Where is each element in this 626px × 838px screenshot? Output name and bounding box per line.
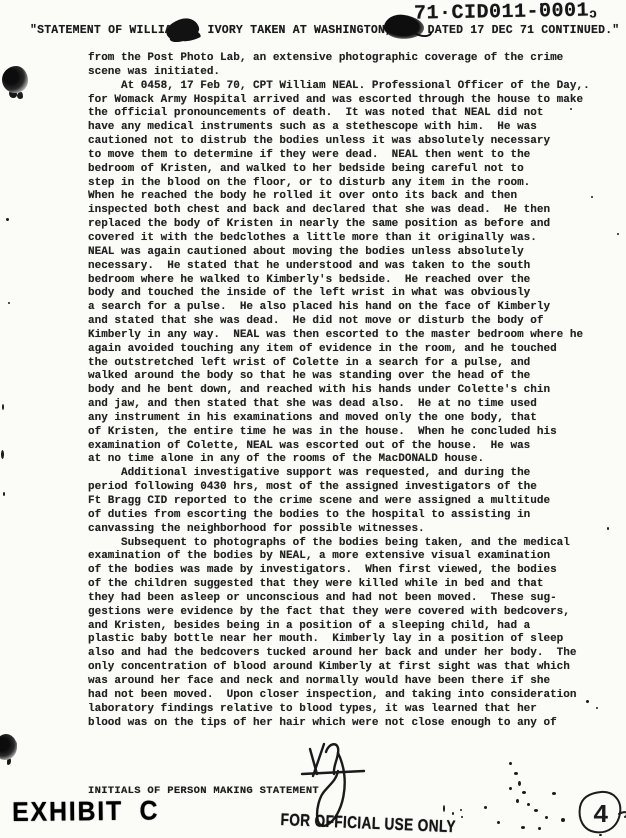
text-line: walked around the body so that he was st… (88, 370, 590, 384)
text-line: At 0458, 17 Feb 70, CPT William NEAL. Pr… (88, 80, 590, 94)
ink-speck (514, 772, 518, 775)
ink-speck (443, 805, 445, 812)
ink-speck (452, 812, 454, 815)
text-line: canvassing the neighborhood for possible… (88, 523, 590, 537)
ink-speck (534, 809, 538, 812)
ink-speck (516, 799, 519, 803)
text-line: any instrument in his examinations and m… (88, 412, 590, 426)
ink-speck (527, 803, 530, 806)
ink-speck (497, 821, 500, 824)
page-number-text: 4 (593, 800, 609, 830)
doc-number-suffix: ɔ (589, 6, 598, 21)
text-line: the outstretched left wrist of Colette i… (88, 357, 590, 371)
text-line: laboratory findings relative to blood ty… (88, 703, 590, 717)
statement-title: "STATEMENT OF WILLIAM F. IVORY TAKEN AT … (30, 24, 619, 37)
ink-speck (586, 700, 589, 703)
circled-page-number: 4 (575, 789, 626, 837)
ink-speck (570, 108, 572, 110)
text-line: also and had the bedcovers tucked around… (88, 647, 590, 661)
text-line: again avoided touching any item of evide… (88, 343, 590, 357)
exhibit-word: EXHIBIT (12, 796, 123, 827)
text-line: When he reached the body he rolled it ov… (88, 190, 590, 204)
ink-speck (484, 806, 487, 809)
ink-speck (596, 707, 598, 709)
text-line: for Womack Army Hospital arrived and was… (88, 94, 590, 108)
text-line: and Kristen, besides being in a position… (88, 620, 590, 634)
ink-speck (8, 302, 10, 304)
ink-blot (164, 16, 201, 43)
ink-speck (552, 792, 556, 795)
text-line: replaced the body of Kristen in nearly t… (88, 218, 590, 232)
exhibit-stamp: EXHIBITC (12, 795, 160, 828)
text-line: had not been moved. Upon closer inspecti… (88, 689, 590, 703)
text-line: of duties from escorting the bodies to t… (88, 509, 590, 523)
ink-speck (509, 787, 512, 790)
text-line: examination of the bodies by NEAL, a mor… (88, 550, 590, 564)
ink-speck (3, 492, 5, 496)
ink-speck (522, 791, 526, 794)
ink-speck (561, 818, 565, 822)
text-line: body and touched the inside of the left … (88, 287, 590, 301)
text-line: and jaw, and then stated that she was de… (88, 398, 590, 412)
text-line: to move them to determine if they were d… (88, 149, 590, 163)
ink-speck (607, 527, 609, 530)
ink-speck (545, 816, 548, 819)
ink-speck (509, 762, 512, 765)
text-line: examination of Colette, NEAL was escorte… (88, 440, 590, 454)
text-line: Additional investigative support was req… (88, 467, 590, 481)
text-line: bedroom of Kristen, and walked to her be… (88, 163, 590, 177)
text-line: of the children suggested that they were… (88, 578, 590, 592)
ink-speck (2, 404, 4, 410)
text-line: Ft Bragg CID reported to the crime scene… (88, 495, 590, 509)
text-line: bedroom where he walked to Kimberly's be… (88, 274, 590, 288)
ink-speck (591, 196, 593, 198)
ink-speck (460, 809, 462, 811)
text-line: the official pronouncements of death. It… (88, 107, 590, 121)
text-line: from the Post Photo Lab, an extensive ph… (88, 52, 590, 66)
text-line: scene was initiated. (88, 66, 590, 80)
ink-speck (540, 3, 543, 6)
ink-speck (6, 218, 9, 221)
text-line: body and he bent down, and reached with … (88, 384, 590, 398)
text-line: a search for a pulse. He also placed his… (88, 301, 590, 315)
ink-speck (538, 827, 541, 830)
ink-speck (617, 233, 619, 235)
text-line: they had been asleep or unconscious and … (88, 592, 590, 606)
text-line: of Kristen, the entire time he was in th… (88, 426, 590, 440)
text-line: step in the blood on the floor, or to di… (88, 177, 590, 191)
ink-speck (518, 781, 521, 786)
text-line: at no time alone in any of the rooms of … (88, 453, 590, 467)
text-line: was around her face and neck and normall… (88, 675, 590, 689)
text-line: and stated that she was dead. He did not… (88, 315, 590, 329)
text-line: only concentration of blood around Kimbe… (88, 661, 590, 675)
text-line: have any medical instruments such as a s… (88, 121, 590, 135)
ink-speck (521, 826, 525, 829)
ink-speck (1, 450, 4, 459)
text-line: necessary. He stated that he understood … (88, 260, 590, 274)
text-line: Subsequent to photographs of the bodies … (88, 537, 590, 551)
scanned-document-page: 71·CID011-0001ɔ "STATEMENT OF WILLIAM F.… (0, 0, 626, 838)
ink-speck (461, 816, 463, 818)
text-line: cautioned not to distrub the bodies unle… (88, 135, 590, 149)
text-line: blood was on the tips of her hair which … (88, 717, 590, 731)
ink-smudge (0, 734, 17, 760)
text-line: of the bodies was made by investigators.… (88, 564, 590, 578)
text-line: period following 0430 hrs, most of the a… (88, 481, 590, 495)
text-line: NEAL was again cautioned about moving th… (88, 246, 590, 260)
ink-smudge (2, 66, 28, 93)
document-control-number: 71·CID011-0001ɔ (414, 0, 598, 26)
text-line: gestions were evidence by the fact that … (88, 606, 590, 620)
text-line: plastic baby bottle near her mouth. Kimb… (88, 633, 590, 647)
text-line: inspected both chest and back and declar… (88, 204, 590, 218)
statement-body-text: from the Post Photo Lab, an extensive ph… (88, 52, 590, 730)
text-line: covered it with the bedclothes a little … (88, 232, 590, 246)
exhibit-letter: C (139, 795, 159, 825)
text-line: Kimberly in any way. NEAL was then escor… (88, 329, 590, 343)
ink-speck (548, 9, 550, 11)
